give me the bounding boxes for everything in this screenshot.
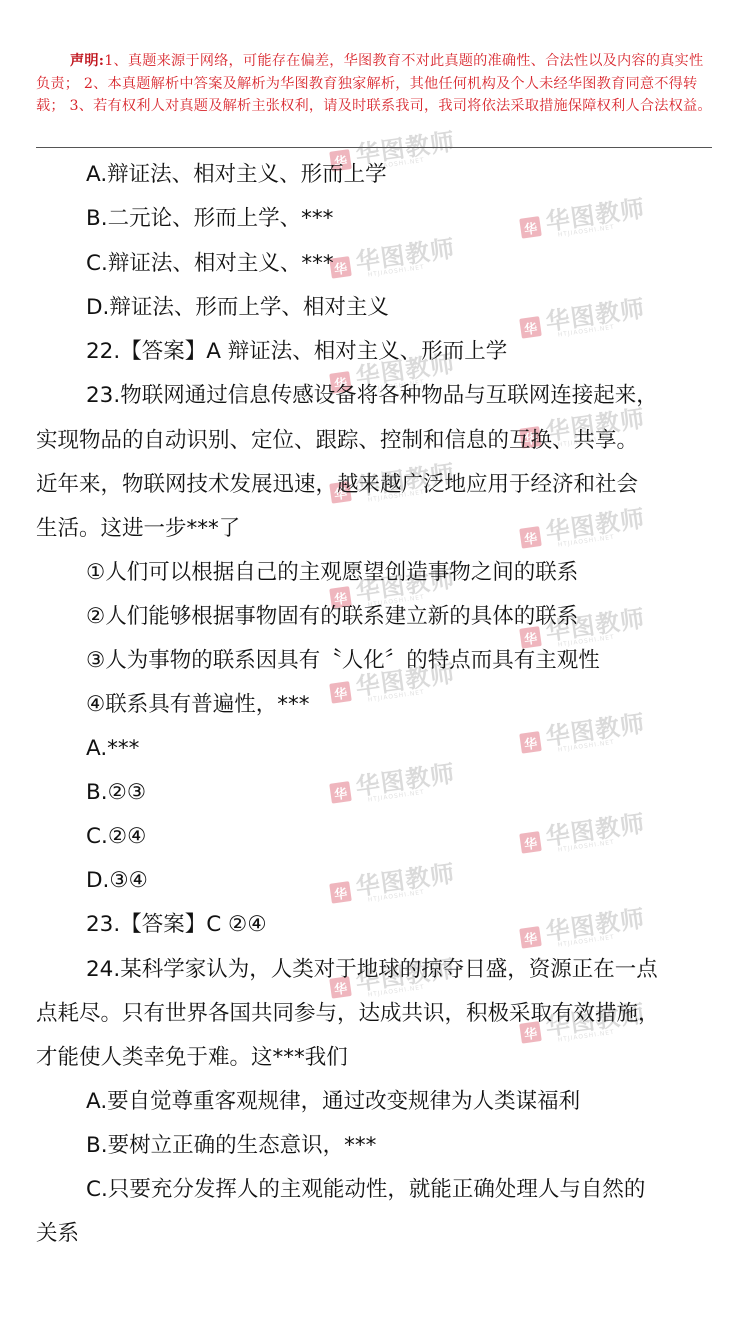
q23-stem-line: 近年来，物联网技术发展迅速，越来越广泛地应用于经济和社会 <box>36 470 638 500</box>
watermark: 华华图教师HTJIAOSHI.NET <box>519 506 648 553</box>
q24-stem-line: 24.某科学家认为，人类对于地球的掠夺日盛，资源正在一点 <box>86 955 658 985</box>
watermark-logo-icon: 华 <box>519 526 542 549</box>
q23-statement-1: ①人们可以根据自己的主观愿望创造事物之间的联系 <box>86 558 578 588</box>
q23-option-d: D.③④ <box>86 866 148 896</box>
q22-option-c: C.辩证法、相对主义、*** <box>86 249 334 279</box>
q23-statement-4: ④联系具有普遍性，*** <box>86 690 310 720</box>
q24-option-c: C.只要充分发挥人的主观能动性，就能正确处理人与自然的 <box>86 1175 645 1205</box>
q23-statement-2: ②人们能够根据事物固有的联系建立新的具体的联系 <box>86 602 578 632</box>
watermark: 华华图教师HTJIAOSHI.NET <box>519 906 648 953</box>
q24-option-a: A.要自觉尊重客观规律，通过改变规律为人类谋福利 <box>86 1087 580 1117</box>
q24-option-b: B.要树立正确的生态意识，*** <box>86 1131 376 1161</box>
q24-stem-line: 点耗尽。只有世界各国共同参与，达成共识，积极采取有效措施， <box>36 999 660 1029</box>
q23-statement-3: ③人为事物的联系因具有〝人化〞的特点而具有主观性 <box>86 646 600 676</box>
q24-option-c-wrap: 关系 <box>36 1219 79 1249</box>
watermark: 华华图教师HTJIAOSHI.NET <box>329 236 458 283</box>
q23-stem-line: 实现物品的自动识别、定位、跟踪、控制和信息的互换、共享。 <box>36 426 638 456</box>
watermark: 华华图教师HTJIAOSHI.NET <box>329 761 458 808</box>
q22-option-a: A.辩证法、相对主义、形而上学 <box>86 160 387 190</box>
watermark-logo-icon: 华 <box>329 781 352 804</box>
watermark-logo-icon: 华 <box>519 831 542 854</box>
q23-answer: 23.【答案】C ②④ <box>86 910 267 940</box>
disclaimer-lead: 声明: <box>70 53 104 69</box>
q22-option-b: B.二元论、形而上学、*** <box>86 204 333 234</box>
watermark-logo-icon: 华 <box>519 926 542 949</box>
watermark: 华华图教师HTJIAOSHI.NET <box>519 196 648 243</box>
watermark: 华华图教师HTJIAOSHI.NET <box>519 811 648 858</box>
watermark-logo-icon: 华 <box>329 681 352 704</box>
q24-stem-line: 才能使人类幸免于难。这***我们 <box>36 1043 348 1073</box>
q23-stem-line: 23.物联网通过信息传感设备将各种物品与互联网连接起来， <box>86 381 658 411</box>
q23-option-a: A.*** <box>86 734 139 764</box>
disclaimer: 声明:1、真题来源于网络，可能存在偏差，华图教育不对此真题的准确性、合法性以及内… <box>36 50 712 118</box>
q23-option-c: C.②④ <box>86 822 146 852</box>
watermark: 华华图教师HTJIAOSHI.NET <box>519 711 648 758</box>
q22-answer: 22.【答案】A 辩证法、相对主义、形而上学 <box>86 337 507 367</box>
watermark-logo-icon: 华 <box>329 881 352 904</box>
header-divider <box>36 147 712 148</box>
watermark-logo-icon: 华 <box>519 216 542 239</box>
disclaimer-text: 1、真题来源于网络，可能存在偏差，华图教育不对此真题的准确性、合法性以及内容的真… <box>36 53 712 114</box>
watermark-logo-icon: 华 <box>519 731 542 754</box>
q23-option-b: B.②③ <box>86 778 146 808</box>
q23-stem-line: 生活。这进一步***了 <box>36 514 240 544</box>
q22-option-d: D.辩证法、形而上学、相对主义 <box>86 293 389 323</box>
watermark: 华华图教师HTJIAOSHI.NET <box>519 296 648 343</box>
watermark-logo-icon: 华 <box>519 316 542 339</box>
watermark: 华华图教师HTJIAOSHI.NET <box>329 861 458 908</box>
